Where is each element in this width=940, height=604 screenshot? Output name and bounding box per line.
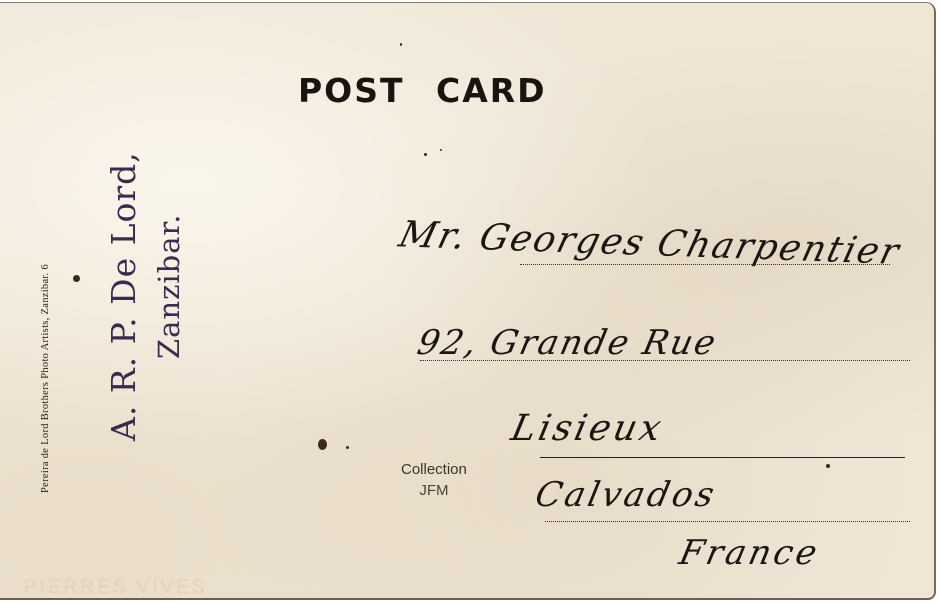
collection-stamp-initials: JFM [401,480,467,501]
address-recipient: Mr. Georges Charpentier [395,214,905,273]
address-department: Calvados [532,475,721,515]
collection-stamp-title: Collection [401,459,467,480]
address-line-rule [540,457,905,458]
stain [346,446,349,449]
postcard-heading: POST CARD [298,71,547,110]
stain [318,439,327,450]
stain [826,464,830,468]
address-street: 92, Grande Rue [414,323,721,363]
address-city: Lisieux [508,408,668,449]
address-line-rule [545,521,910,522]
sender-stamp-place: Zanzibar. [152,214,186,359]
stain [400,43,402,46]
address-country: France [676,533,824,573]
sender-stamp-name: A. R. P. De Lord, [104,151,143,441]
publisher-imprint: Pereira de Lord Brothers Photo Artists, … [40,264,51,493]
stain [73,275,80,282]
stain [424,153,427,156]
postcard: Pereira de Lord Brothers Photo Artists, … [0,2,936,600]
collection-stamp: Collection JFM [401,459,467,501]
watermark: PIERRES VIVES [24,577,208,599]
stain [440,149,442,151]
